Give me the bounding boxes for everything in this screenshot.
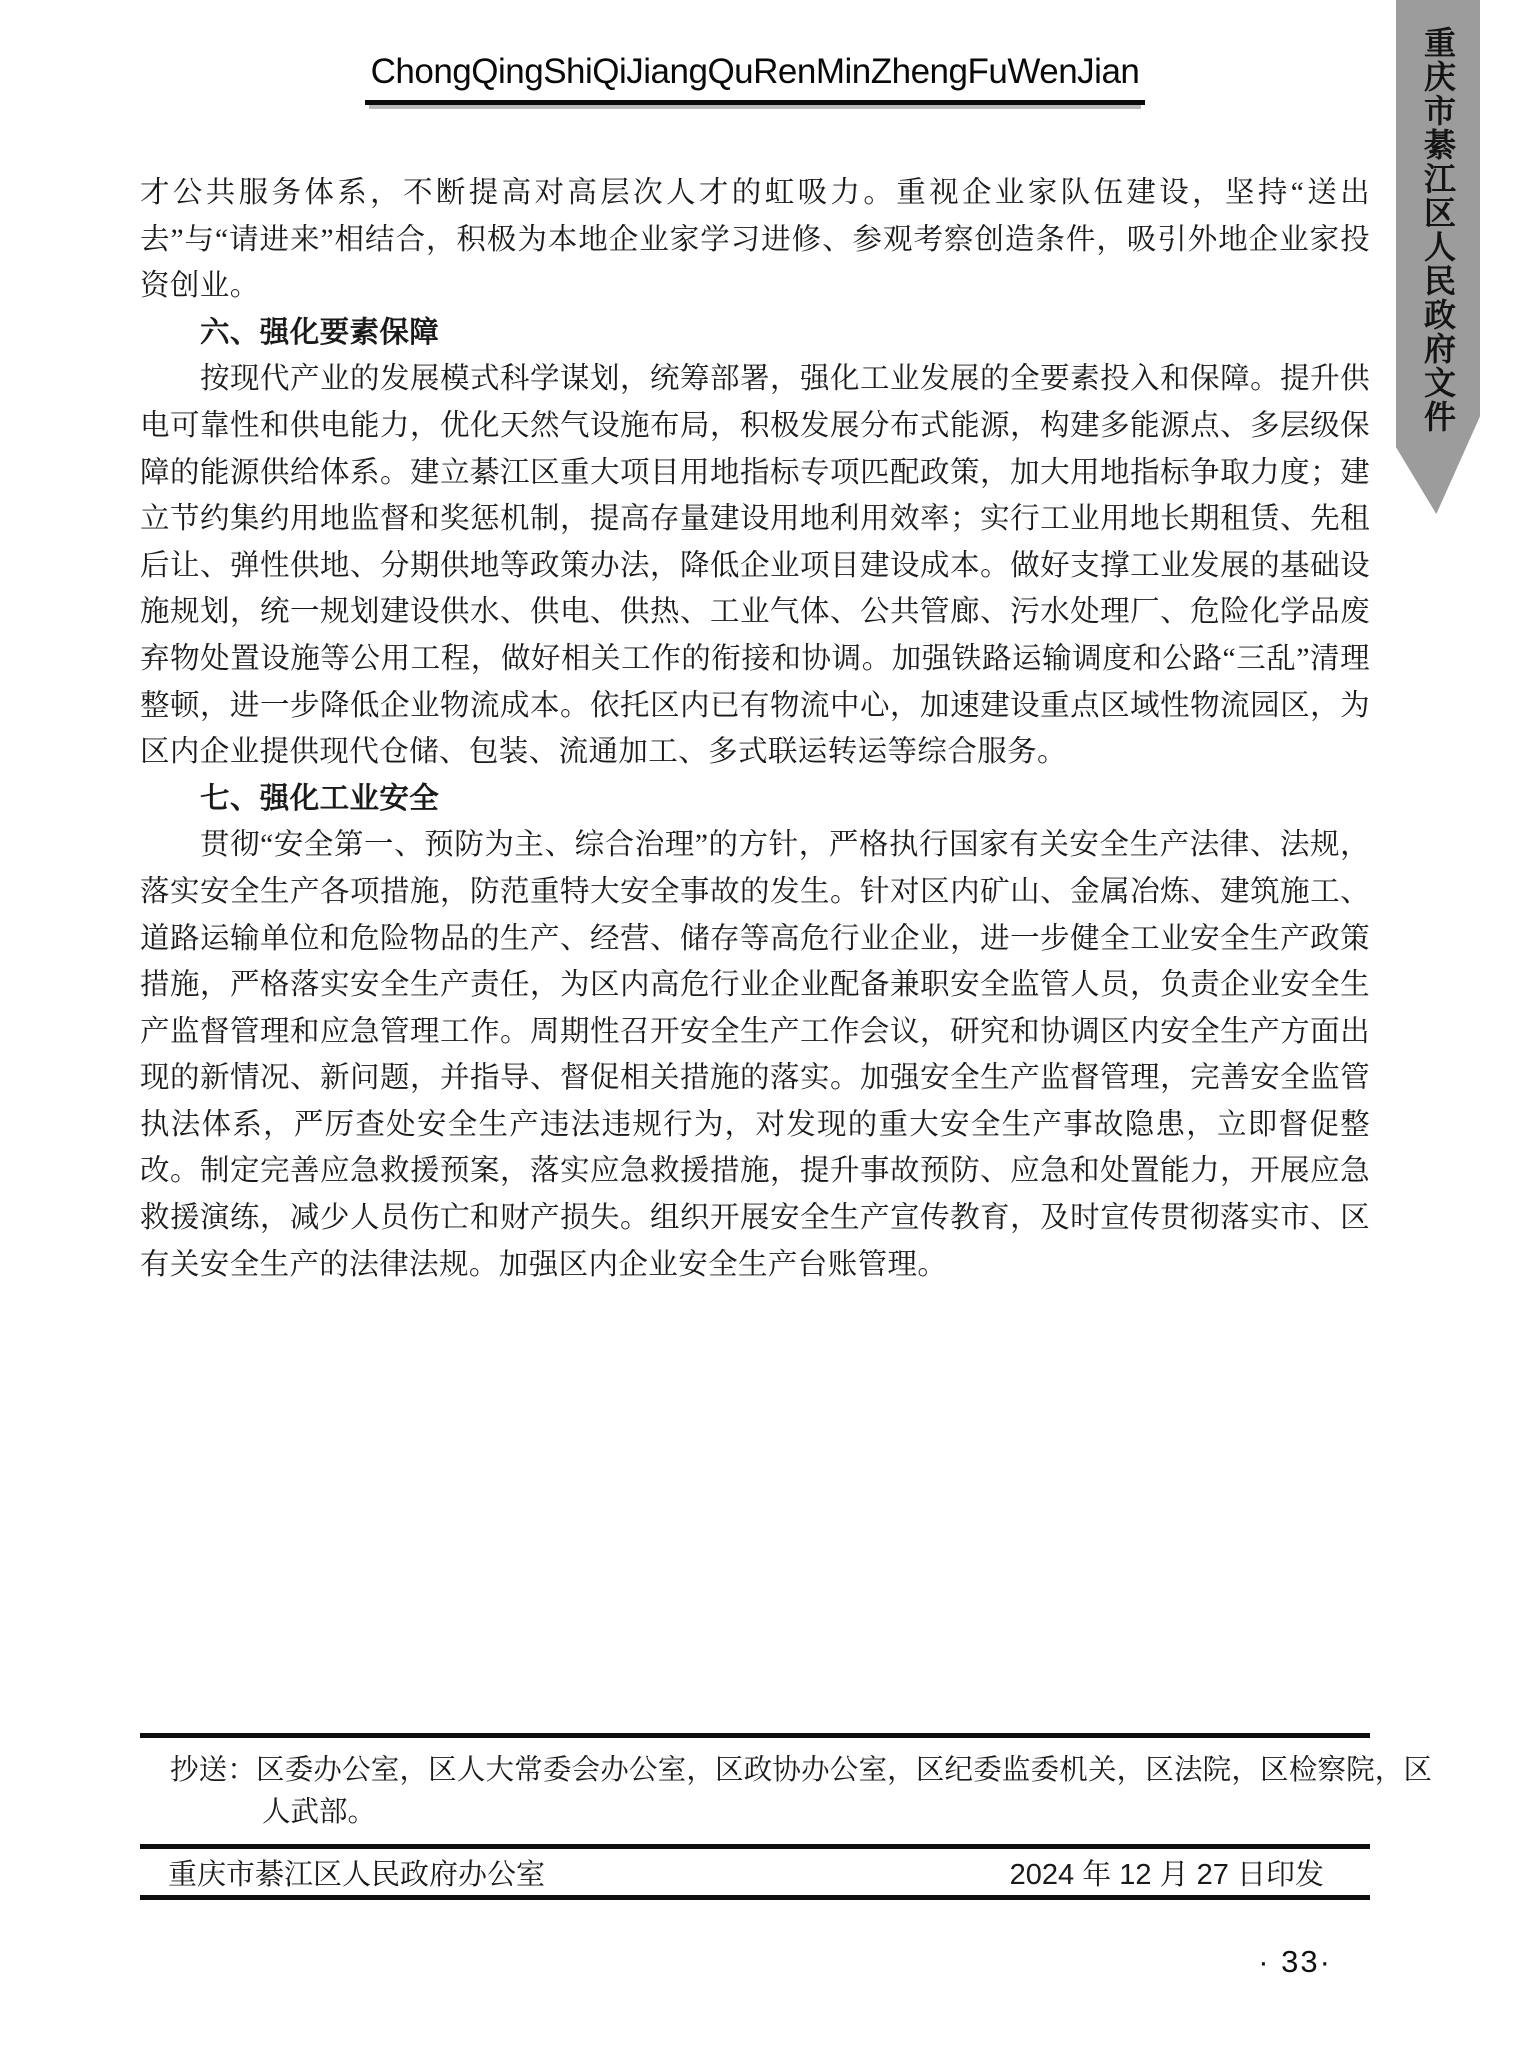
copy-to-line: 抄送：区委办公室，区人大常委会办公室，区政协办公室，区纪委监委机关，区法院，区检… (170, 1750, 1432, 1834)
side-ribbon-title: 重庆市綦江区人民政府文件 (1415, 26, 1461, 514)
body-paragraph-factors: 按现代产业的发展模式科学谋划，统筹部署，强化工业发展的全要素投入和保障。提升供电… (140, 356, 1370, 775)
section-heading-seven: 七、强化工业安全 (140, 776, 1370, 823)
section-heading-six: 六、强化要素保障 (140, 310, 1370, 357)
masthead: ChongQingShiQiJiangQuRenMinZhengFuWenJia… (140, 52, 1370, 105)
body-paragraph-continuation: 才公共服务体系，不断提高对高层次人才的虹吸力。重视企业家队伍建设，坚持“送出去”… (140, 170, 1370, 310)
document-page: ChongQingShiQiJiangQuRenMinZhengFuWenJia… (0, 0, 1530, 2062)
page-number: · 33· (1258, 1944, 1332, 1980)
issuer-office: 重庆市綦江区人民政府办公室 (168, 1852, 545, 1893)
masthead-pinyin-title: ChongQingShiQiJiangQuRenMinZhengFuWenJia… (371, 52, 1140, 91)
print-date: 2024 年 12 月 27 日印发 (1010, 1852, 1324, 1893)
body-paragraph-safety: 贯彻“安全第一、预防为主、综合治理”的方针，严格执行国家有关安全生产法律、法规，… (140, 822, 1370, 1288)
masthead-underline: ChongQingShiQiJiangQuRenMinZhengFuWenJia… (365, 52, 1146, 105)
footer-rule-top (140, 1733, 1370, 1738)
issuer-row: 重庆市綦江区人民政府办公室 2024 年 12 月 27 日印发 (168, 1849, 1324, 1895)
side-ribbon: 重庆市綦江区人民政府文件 (1396, 0, 1480, 514)
document-body: 才公共服务体系，不断提高对高层次人才的虹吸力。重视企业家队伍建设，坚持“送出去”… (140, 170, 1370, 1288)
footer-rule-bottom (140, 1895, 1370, 1900)
document-footer: 抄送：区委办公室，区人大常委会办公室，区政协办公室，区纪委监委机关，区法院，区检… (140, 1733, 1370, 1900)
